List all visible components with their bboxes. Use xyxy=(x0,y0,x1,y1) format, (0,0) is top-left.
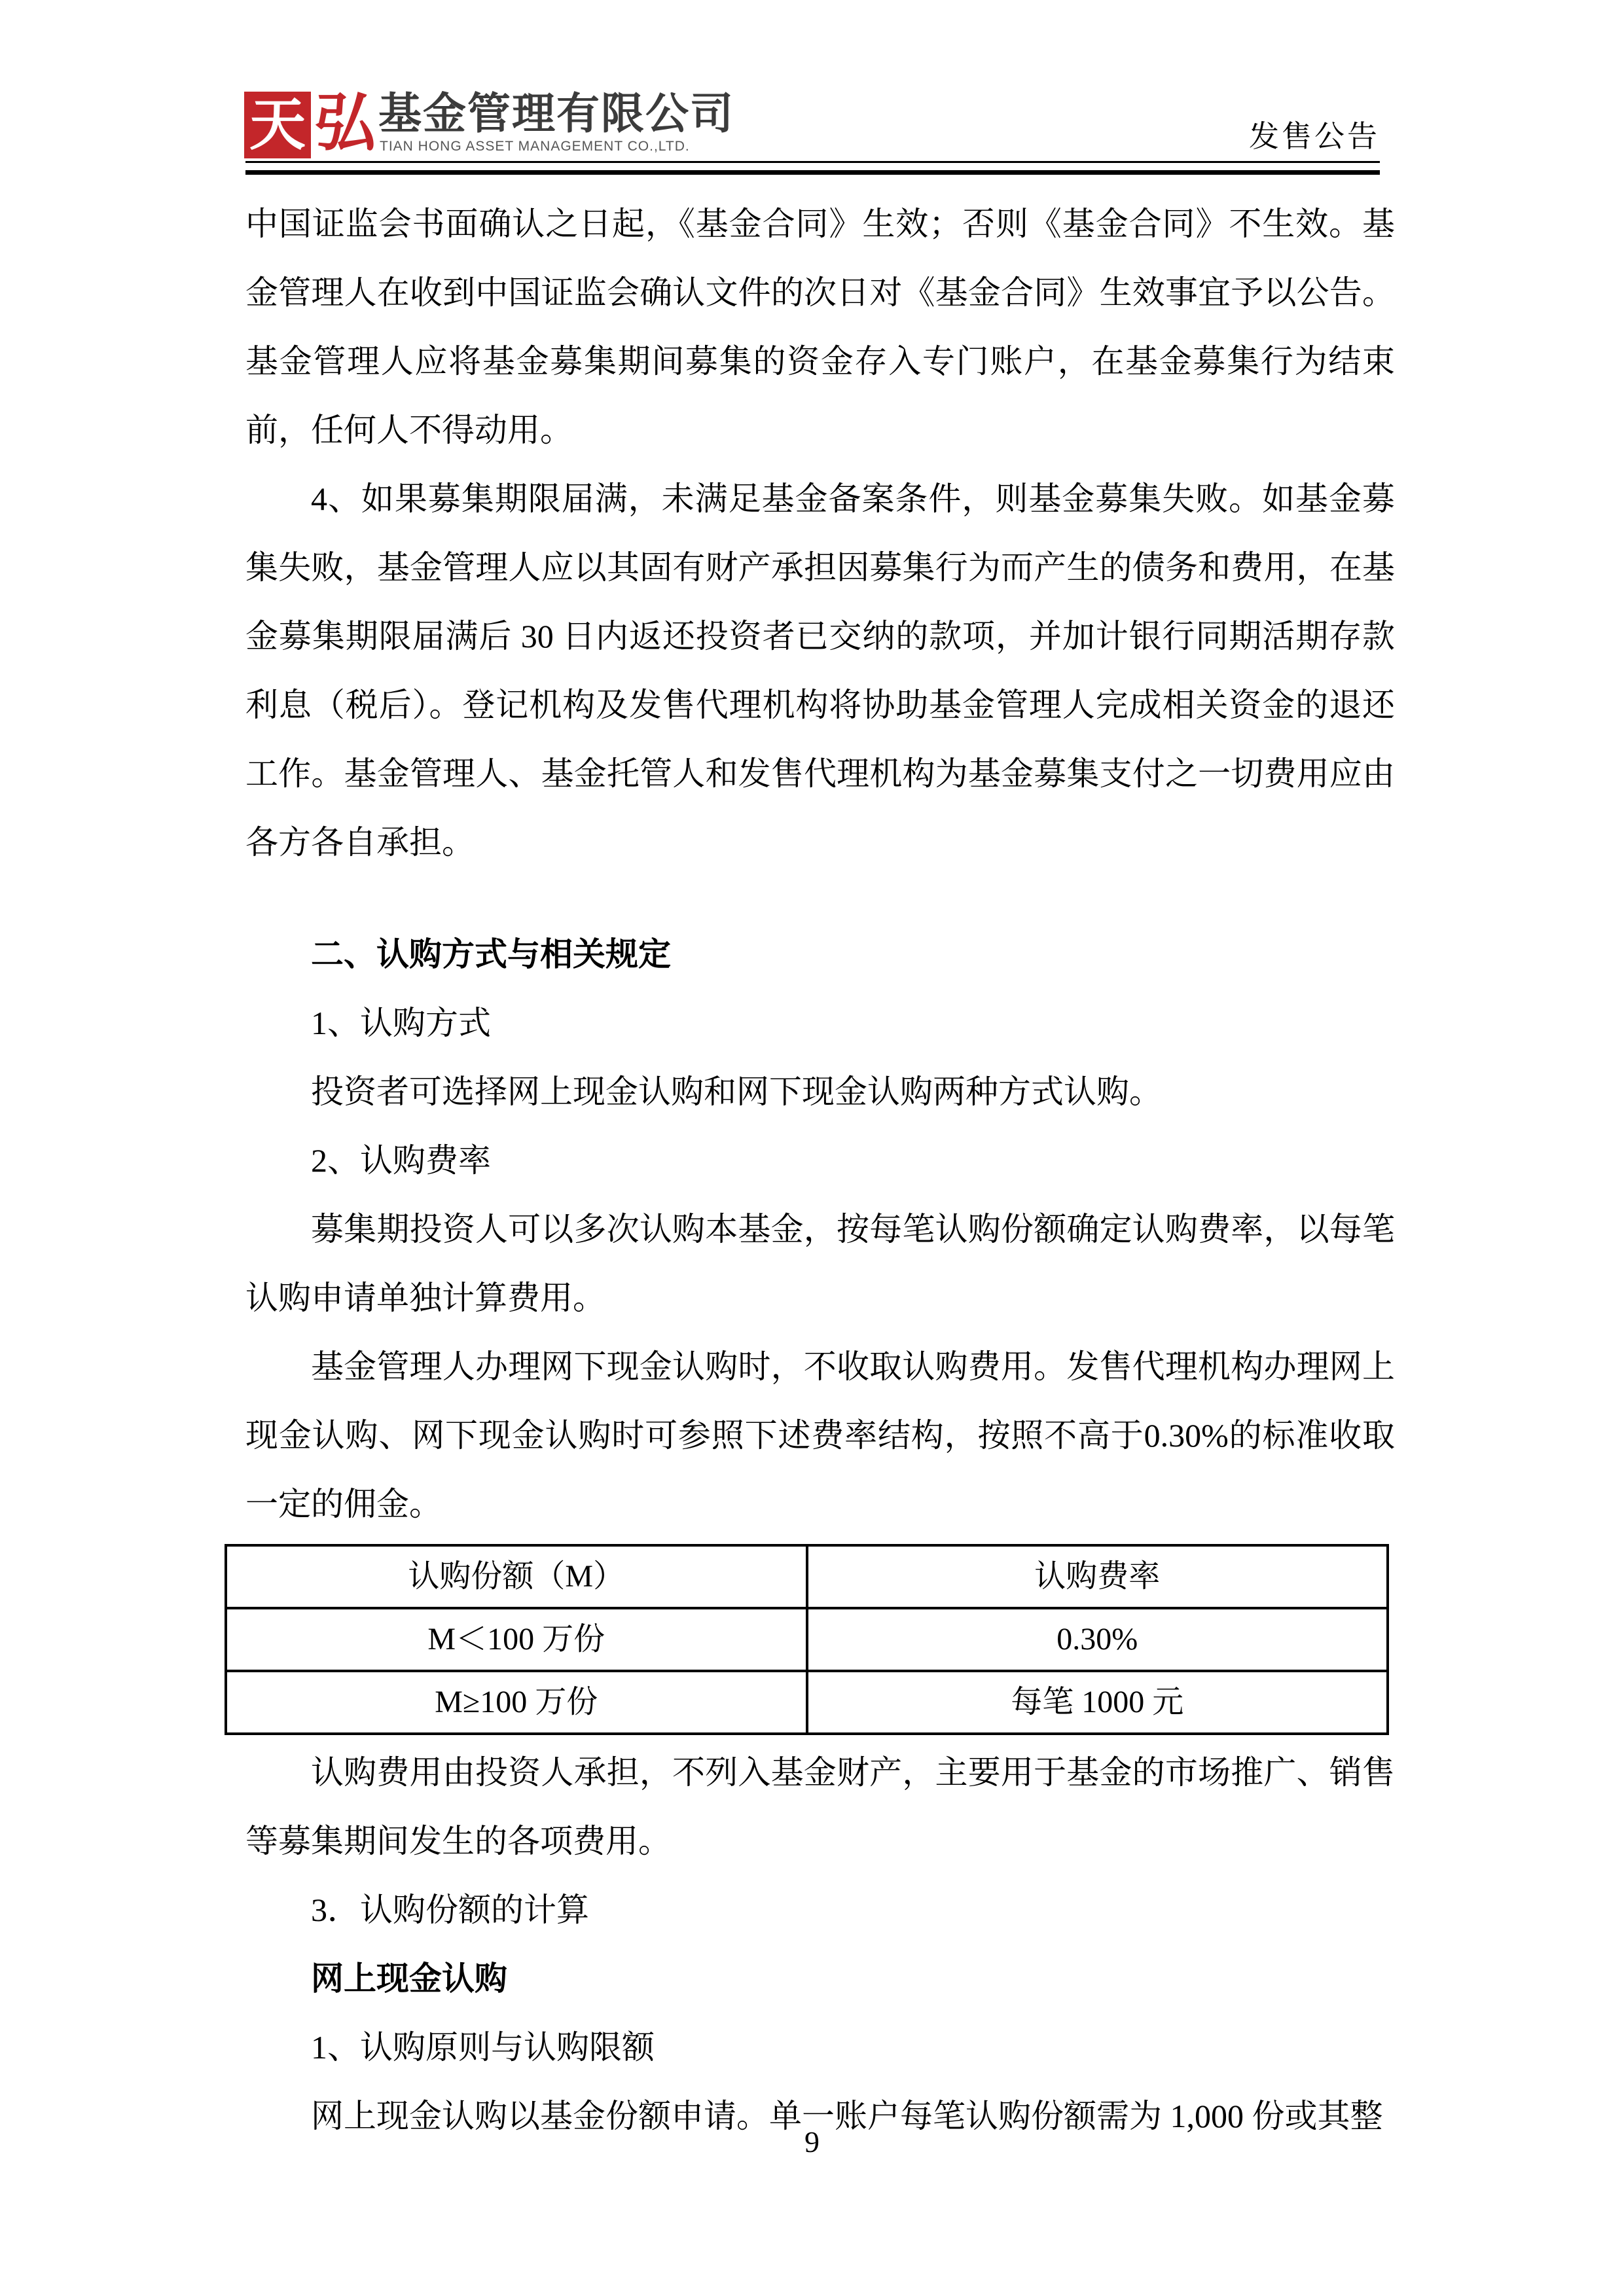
company-name-cn: 基金管理有限公司 xyxy=(378,92,734,135)
document-body: 中国证监会书面确认之日起，《基金合同》生效；否则《基金合同》不生效。基金管理人在… xyxy=(245,190,1395,2151)
paragraph-raise-failure: 4、如果募集期限届满，未满足基金备案条件，则基金募集失败。如基金募集失败，基金管… xyxy=(245,465,1395,877)
subscription-fee-table: 认购份额（M） 认购费率 M＜100 万份 0.30% M≥100 万份 每笔 … xyxy=(225,1544,1389,1735)
paragraph-subscription-method-body: 投资者可选择网上现金认购和网下现金认购两种方式认购。 xyxy=(245,1058,1395,1126)
table-row: M＜100 万份 0.30% xyxy=(226,1608,1388,1671)
logo-tian-glyph: 天 xyxy=(249,97,306,153)
subheading-online-cash-subscription: 网上现金认购 xyxy=(245,1945,1395,2013)
section-heading-subscription-rules: 二、认购方式与相关规定 xyxy=(245,920,1395,989)
paragraph-fee-structure: 基金管理人办理网下现金认购时，不收取认购费用。发售代理机构办理网上现金认购、网下… xyxy=(245,1333,1395,1539)
doc-type-label: 发售公告 xyxy=(1249,113,1380,156)
paragraph-subscription-method-title: 1、认购方式 xyxy=(245,989,1395,1058)
table-header-row: 认购份额（M） 认购费率 xyxy=(226,1545,1388,1608)
table-row: M≥100 万份 每笔 1000 元 xyxy=(226,1671,1388,1734)
table-cell-fee-lt: 0.30% xyxy=(807,1608,1388,1671)
header-rule-thin xyxy=(245,161,1380,163)
document-page: 天 弘 基金管理有限公司 TIAN HONG ASSET MANAGEMENT … xyxy=(0,0,1624,2296)
table-cell-fee-ge: 每笔 1000 元 xyxy=(807,1671,1388,1734)
page-number: 9 xyxy=(0,2125,1624,2159)
company-name-en: TIAN HONG ASSET MANAGEMENT CO.,LTD. xyxy=(380,139,690,154)
paragraph-share-calc-title: 3．认购份额的计算 xyxy=(245,1876,1395,1945)
header-rule-thick xyxy=(245,170,1380,175)
table-cell-share-lt: M＜100 万份 xyxy=(226,1608,807,1671)
paragraph-principle-limit-title: 1、认购原则与认购限额 xyxy=(245,2013,1395,2082)
table-header-cell-share: 认购份额（M） xyxy=(226,1545,807,1608)
paragraph-contract-effective: 中国证监会书面确认之日起，《基金合同》生效；否则《基金合同》不生效。基金管理人在… xyxy=(245,190,1395,465)
paragraph-fee-rate-title: 2、认购费率 xyxy=(245,1126,1395,1195)
table-cell-share-ge: M≥100 万份 xyxy=(226,1671,807,1734)
paragraph-fee-rate-body: 募集期投资人可以多次认购本基金，按每笔认购份额确定认购费率，以每笔认购申请单独计… xyxy=(245,1195,1395,1333)
logo-hong-glyph: 弘 xyxy=(312,90,379,157)
table-header-cell-fee: 认购费率 xyxy=(807,1545,1388,1608)
tianhong-logo-mark: 天 xyxy=(244,92,311,158)
paragraph-fee-usage: 认购费用由投资人承担，不列入基金财产，主要用于基金的市场推广、销售等募集期间发生… xyxy=(245,1738,1395,1876)
